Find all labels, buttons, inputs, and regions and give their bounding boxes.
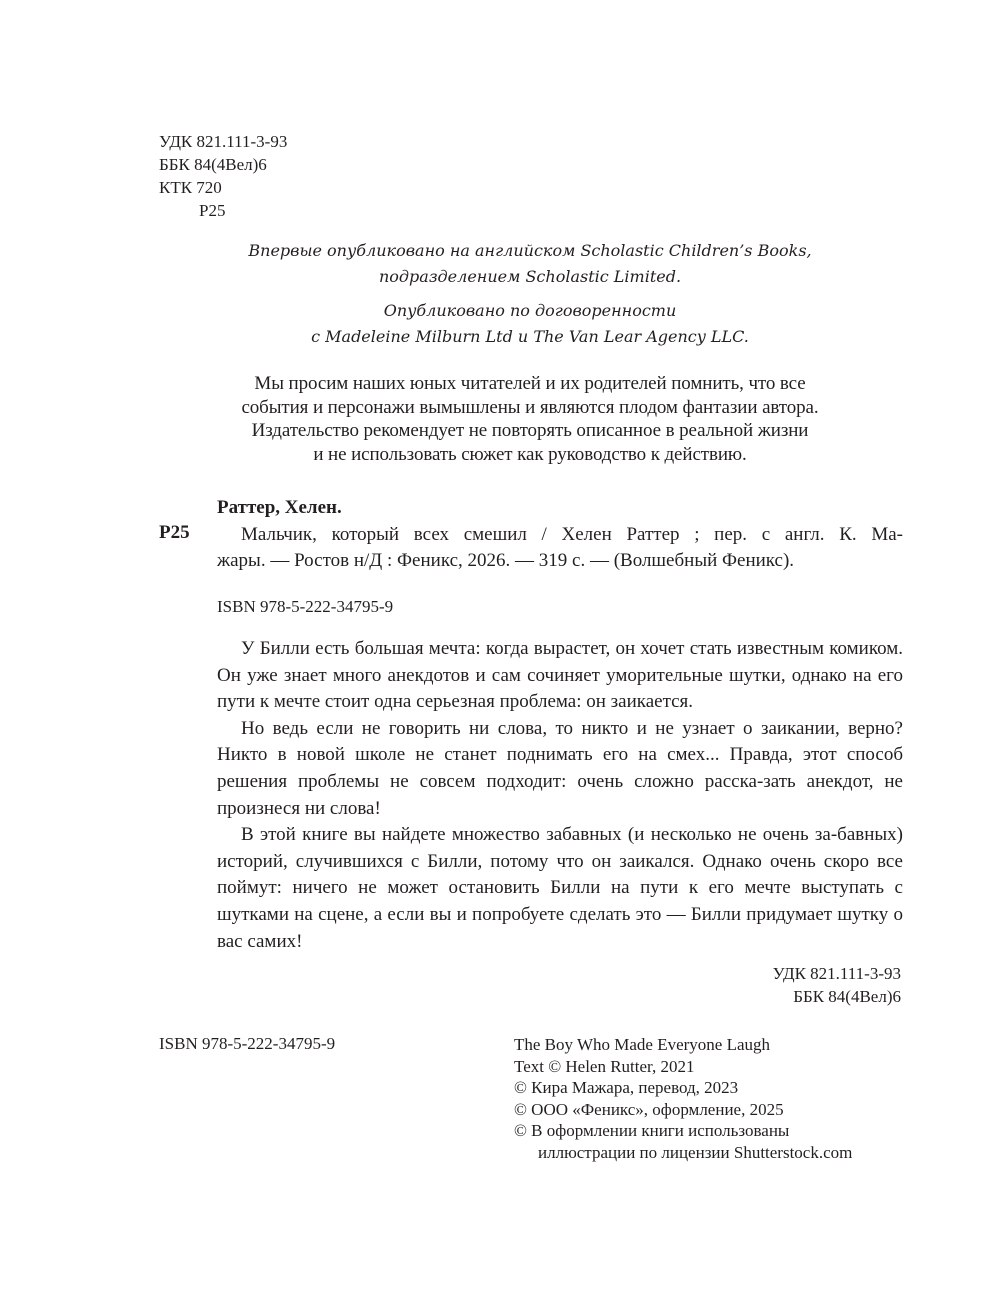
udk-index: УДК 821.111-3-93 (773, 962, 901, 985)
publication-line: Опубликовано по договоренности (150, 298, 910, 324)
udk-index: УДК 821.111-3-93 (159, 130, 287, 153)
biblio-line: жары. — Ростов н/Д : Феникс, 2026. — 319… (217, 550, 794, 571)
notice-line: Мы просим наших юных читателей и их роди… (150, 372, 910, 396)
original-title: The Boy Who Made Everyone Laugh (514, 1034, 852, 1056)
bibliographic-description: Мальчик, который всех смешил / Хелен Рат… (217, 522, 903, 574)
annotation-paragraph: В этой книге вы найдете множество забавн… (217, 822, 903, 955)
catalog-indices: УДК 821.111-3-93 ББК 84(4Вел)6 КТК 720 Р… (159, 130, 287, 222)
agreement-note: Опубликовано по договоренности с Madelei… (150, 298, 910, 350)
bbk-index: ББК 84(4Вел)6 (773, 985, 901, 1008)
record-isbn: ISBN 978-5-222-34795-9 (217, 597, 393, 617)
record-author: Раттер, Хелен. (217, 497, 342, 519)
annotation: У Билли есть большая мечта: когда выраст… (217, 636, 903, 955)
annotation-paragraph: Но ведь если не говорить ни слова, то ни… (217, 716, 903, 822)
annotation-paragraph: У Билли есть большая мечта: когда выраст… (217, 636, 903, 716)
copyright-line: © В оформлении книги использованы (514, 1120, 852, 1142)
notice-line: Издательство рекомендует не повторять оп… (150, 419, 910, 443)
notice-line: события и персонажи вымышлены и являются… (150, 396, 910, 420)
footer-isbn: ISBN 978-5-222-34795-9 (159, 1034, 335, 1054)
copyright-line: © ООО «Феникс», оформление, 2025 (514, 1099, 852, 1121)
bbk-index: ББК 84(4Вел)6 (159, 153, 287, 176)
index-right: УДК 821.111-3-93 ББК 84(4Вел)6 (773, 962, 901, 1008)
biblio-line: Мальчик, который всех смешил / Хелен Рат… (217, 522, 903, 548)
publication-line: Впервые опубликовано на английском Schol… (150, 238, 910, 264)
publication-line: подразделением Scholastic Limited. (150, 264, 910, 290)
notice-line: и не использовать сюжет как руководство … (150, 443, 910, 467)
copyright-block: The Boy Who Made Everyone Laugh Text © H… (514, 1034, 852, 1163)
copyright-line: иллюстрации по лицензии Shutterstock.com (514, 1142, 852, 1164)
publication-line: с Madeleine Milburn Ltd и The Van Lear A… (150, 324, 910, 350)
ktk-index: КТК 720 (159, 176, 287, 199)
author-sign: Р25 (159, 199, 287, 222)
copyright-line: Text © Helen Rutter, 2021 (514, 1056, 852, 1078)
record-sign: Р25 (159, 522, 190, 544)
reader-notice: Мы просим наших юных читателей и их роди… (150, 372, 910, 466)
first-publication-note: Впервые опубликовано на английском Schol… (150, 238, 910, 290)
copyright-line: © Кира Мажара, перевод, 2023 (514, 1077, 852, 1099)
